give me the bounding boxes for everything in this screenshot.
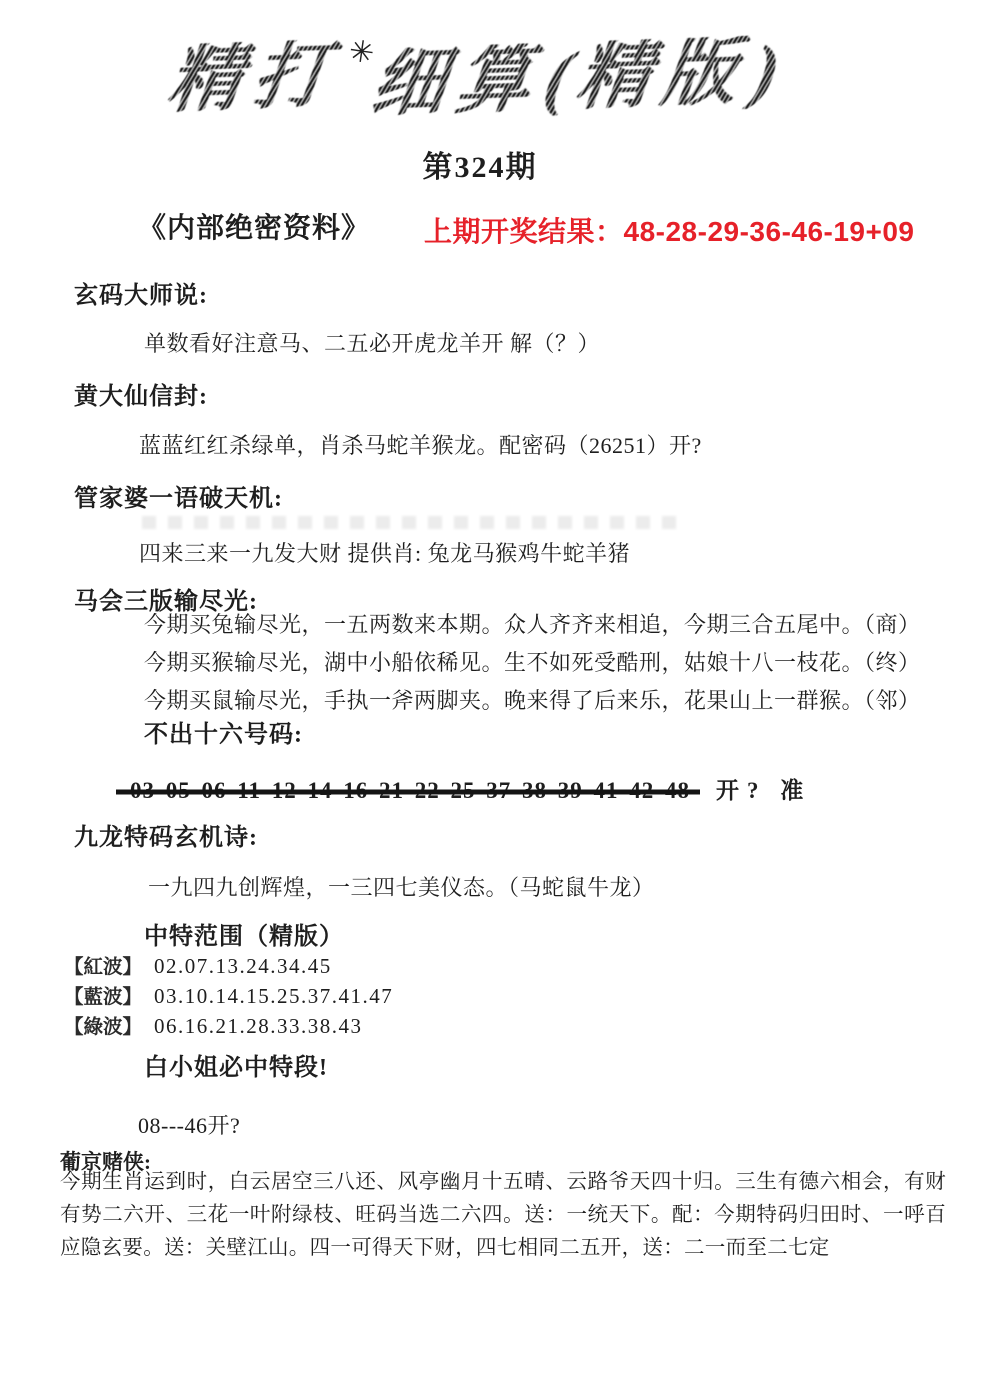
- excluded-numbers-suffix: 开? 准: [716, 778, 811, 803]
- faded-ghost-text: [142, 516, 687, 529]
- wave-row-blue: 【藍波】03.10.14.15.25.37.41.47: [64, 982, 393, 1012]
- section-body-guanjiapo: 四来三来一九发大财 提供肖: 兔龙马猴鸡牛蛇羊猪: [139, 537, 630, 568]
- section-heading-zhongte: 中特范围（精版）: [144, 916, 344, 951]
- section-body-huangdaxian: 蓝蓝红红杀绿单，肖杀马蛇羊猴龙。配密码（26251）开?: [139, 429, 702, 460]
- section-heading-sixteen: 不出十六号码:: [144, 714, 303, 749]
- scanned-tipsheet-page: 精打 ✳ 细算(精版) 第324期 《内部绝密资料》 上期开奖结果：48-28-…: [0, 0, 981, 1388]
- wave-numbers-blue: 03.10.14.15.25.37.41.47: [154, 984, 393, 1008]
- excluded-numbers-struck: 03 05 06 11 12 14 16 21 22 25 37 38 39 4…: [130, 778, 690, 804]
- last-draw-result-numbers: 48-28-29-36-46-19+09: [624, 216, 915, 247]
- source-label: 《内部绝密资料》: [138, 206, 370, 246]
- wave-row-green: 【綠波】06.16.21.28.33.38.43: [64, 1012, 393, 1042]
- last-draw-result-label: 上期开奖结果：: [424, 216, 624, 247]
- section-body-baixiaojie: 08---46开?: [138, 1109, 240, 1140]
- wave-numbers-green: 06.16.21.28.33.38.43: [154, 1014, 363, 1038]
- section-heading-jiulong: 九龙特码玄机诗:: [74, 817, 258, 852]
- wave-label-blue: 【藍波】: [64, 987, 142, 1008]
- star-icon: ✳: [346, 33, 376, 71]
- masthead-title-left: 精打: [161, 38, 357, 118]
- wave-row-red: 【紅波】02.07.13.24.34.45: [64, 952, 393, 982]
- mahui-verse-line: 今期买兔输尽光，一五两数来本期。众人齐齐来相追，今期三合五尾中。（商）: [144, 606, 921, 644]
- section-body-jiulong: 一九四九创辉煌，一三四七美仪态。（马蛇鼠牛龙）: [148, 871, 655, 902]
- section-heading-huangdaxian: 黄大仙信封:: [74, 376, 208, 411]
- masthead-title-right: 细算(精版): [364, 34, 800, 122]
- section-heading-baixiaojie: 白小姐必中特段!: [144, 1047, 328, 1082]
- wave-label-green: 【綠波】: [64, 1017, 142, 1038]
- mahui-verse-lines: 今期买兔输尽光，一五两数来本期。众人齐齐来相追，今期三合五尾中。（商） 今期买猴…: [144, 606, 921, 720]
- wave-label-red: 【紅波】: [64, 957, 142, 978]
- section-heading-guanjiapo: 管家婆一语破天机:: [74, 478, 283, 513]
- section-body-pujing: 今期生肖运到时，白云居空三八还、风亭幽月十五晴、云路爷天四十归。三生有德六相会，…: [60, 1166, 946, 1265]
- section-heading-xuanma: 玄码大师说:: [74, 275, 208, 310]
- wave-numbers-red: 02.07.13.24.34.45: [154, 954, 332, 978]
- mahui-verse-line: 今期买猴输尽光，湖中小船依稀见。生不如死受酷刑，姑娘十八一枝花。（终）: [144, 644, 921, 682]
- masthead-title: 精打 ✳ 细算(精版): [158, 14, 802, 142]
- section-body-xuanma: 单数看好注意马、二五必开虎龙羊开 解（？）: [144, 327, 600, 358]
- wave-number-rows: 【紅波】02.07.13.24.34.45 【藍波】03.10.14.15.25…: [64, 952, 393, 1042]
- last-draw-result: 上期开奖结果：48-28-29-36-46-19+09: [424, 210, 915, 250]
- issue-number: 第324期: [158, 142, 802, 186]
- excluded-numbers-row: 03 05 06 11 12 14 16 21 22 25 37 38 39 4…: [130, 772, 811, 805]
